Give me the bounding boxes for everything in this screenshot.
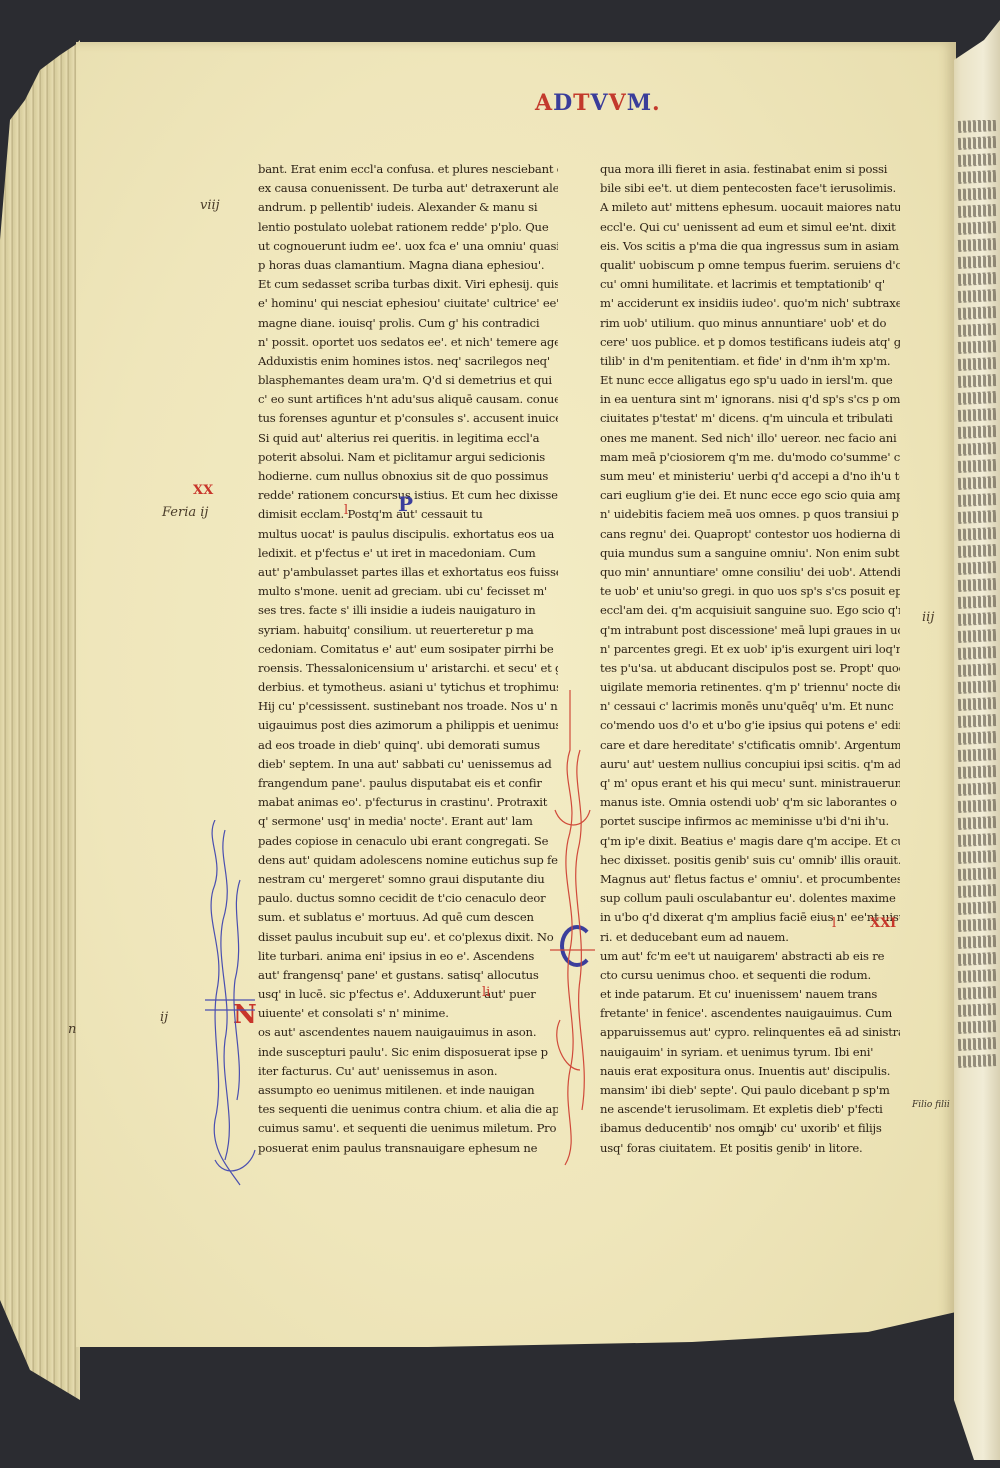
marginal-mark-n: n [68, 1022, 76, 1037]
text-line: hodierne. cum nullus obnoxius sit de quo… [258, 467, 558, 486]
text-line: frangendum pane'. paulus disputabat eis … [258, 774, 558, 793]
text-line: eccl'am dei. q'm acquisiuit sanguine suo… [600, 601, 900, 620]
text-line: tes sequenti die uenimus contra chium. e… [258, 1100, 558, 1119]
text-line: andrum. p pellentib' iudeis. Alexander &… [258, 198, 558, 217]
text-line: mabat animas eo'. p'fecturus in crastinu… [258, 793, 558, 812]
marginal-numeral-viij: viij [200, 198, 220, 213]
decorated-initial-p: P [398, 492, 413, 516]
text-line: eis. Vos scitis a p'ma die qua ingressus… [600, 237, 900, 256]
text-line: ri. et deducebant eum ad nauem. [600, 928, 900, 947]
text-line: poterit absolui. Nam et piclitamur argui… [258, 448, 558, 467]
text-line: blasphemantes deam ura'm. Q'd si demetri… [258, 371, 558, 390]
text-line: aut' p'ambulasset partes illas et exhort… [258, 563, 558, 582]
catchmark: ɔ [758, 1125, 765, 1139]
text-line: fretante' in fenice'. ascendentes nauiga… [600, 1004, 900, 1023]
text-column-right: qua mora illi fieret in asia. festinabat… [600, 160, 900, 1158]
text-line: q' m' opus erant et his qui mecu' sunt. … [600, 774, 900, 793]
text-line: ses tres. facte s' illi insidie a iudeis… [258, 601, 558, 620]
marginal-note-filio: Filio filii [912, 1100, 950, 1110]
text-line: qua mora illi fieret in asia. festinabat… [600, 160, 900, 179]
rubric-mark-li: li [482, 985, 490, 1000]
text-line: A mileto aut' mittens ephesum. uocauit m… [600, 198, 900, 217]
text-column-left: bant. Erat enim eccl'a confusa. et plure… [258, 160, 558, 1158]
marginal-numeral-iij: iij [922, 610, 934, 625]
text-line: portet suscipe infirmos ac meminisse u'b… [600, 812, 900, 831]
text-line: ex causa conuenissent. De turba aut' det… [258, 179, 558, 198]
text-line: nauis erat expositura onus. Inuentis aut… [600, 1062, 900, 1081]
text-line: cedoniam. Comitatus e' aut' eum sosipate… [258, 640, 558, 659]
rubric-mark: l [344, 503, 348, 518]
text-line: lentio postulato uolebat rationem redde'… [258, 218, 558, 237]
page-edges-stack [0, 40, 80, 1400]
text-line: sum. et sublatus e' mortuus. Ad quē cum … [258, 908, 558, 927]
text-line: c' eo sunt artifices h'nt adu'sus aliquē… [258, 390, 558, 409]
text-line: usq' in lucē. sic p'fectus e'. Adduxerun… [258, 985, 558, 1004]
text-line: Magnus aut' fletus factus e' omniu'. et … [600, 870, 900, 889]
text-line: sum meu' et ministeriu' uerbi q'd accepi… [600, 467, 900, 486]
text-line: in ea uentura sint m' ignorans. nisi q'd… [600, 390, 900, 409]
text-line: quia mundus sum a sanguine omniu'. Non e… [600, 544, 900, 563]
text-line: uigilate memoria retinentes. q'm p' trie… [600, 678, 900, 697]
text-line: um aut' fc'm ee't ut nauigarem' abstract… [600, 947, 900, 966]
text-line: usq' foras ciuitatem. Et positis genib' … [600, 1139, 900, 1158]
text-line: ut cognouerunt iudm ee'. uox fca e' una … [258, 237, 558, 256]
text-line: inde suscepturi paulu'. Sic enim disposu… [258, 1043, 558, 1062]
rubric-mark-right: l [832, 916, 836, 931]
text-line: disset paulus incubuit sup eu'. et co'pl… [258, 928, 558, 947]
text-line: Et cum sedasset scriba turbas dixit. Vir… [258, 275, 558, 294]
text-line: multus uocat' is paulus discipulis. exho… [258, 525, 558, 544]
text-line: n' possit. oportet uos sedatos ee'. et n… [258, 333, 558, 352]
text-line: pades copiose in cenaculo ubi erant cong… [258, 832, 558, 851]
text-line: auru' aut' uestem nullius concupiui ipsi… [600, 755, 900, 774]
running-head: ADTVVM. [535, 90, 661, 116]
text-line: ibamus deducentib' nos omnib' cu' uxorib… [600, 1119, 900, 1138]
text-line: tus forenses aguntur et p'consules s'. a… [258, 409, 558, 428]
text-line: dens aut' quidam adolescens nomine eutic… [258, 851, 558, 870]
text-line: uigauimus post dies azimorum a philippis… [258, 716, 558, 735]
text-line: dieb' septem. In una aut' sabbati cu' ue… [258, 755, 558, 774]
text-line: Et nunc ecce alligatus ego sp'u uado in … [600, 371, 900, 390]
text-line: manus iste. Omnia ostendi uob' q'm sic l… [600, 793, 900, 812]
text-line: cari euglium g'ie dei. Et nunc ecce ego … [600, 486, 900, 505]
text-line: p horas duas clamantium. Magna diana eph… [258, 256, 558, 275]
text-line: lite turbari. anima eni' ipsius in eo e'… [258, 947, 558, 966]
text-line: quo min' annuntiare' omne consiliu' dei … [600, 563, 900, 582]
text-line: Si quid aut' alterius rei queritis. in l… [258, 429, 558, 448]
text-line: ne ascende't ierusolimam. Et expletis di… [600, 1100, 900, 1119]
text-line: hec dixisset. positis genib' suis cu' om… [600, 851, 900, 870]
blue-pen-flourish-left [195, 820, 275, 1190]
text-line: q'm intrabunt post discessione' meā lupi… [600, 621, 900, 640]
text-line: multo s'mone. uenit ad greciam. ubi cu' … [258, 582, 558, 601]
text-line: assumpto eo uenimus mitilenen. et inde n… [258, 1081, 558, 1100]
text-line: uiuente' et consolati s' n' minime. [258, 1004, 558, 1023]
text-line: derbius. et tymotheus. asiani u' tytichu… [258, 678, 558, 697]
marginal-feria: Feria ij [162, 505, 208, 520]
text-line: nauigauim' in syriam. et uenimus tyrum. … [600, 1043, 900, 1062]
text-line: apparuissemus aut' cypro. relinquentes e… [600, 1023, 900, 1042]
text-line: qualit' uobiscum p omne tempus fuerim. s… [600, 256, 900, 275]
text-line: cans regnu' dei. Quapropt' contestor uos… [600, 525, 900, 544]
text-line: bant. Erat enim eccl'a confusa. et plure… [258, 160, 558, 179]
text-line: n' parcentes gregi. Et ex uob' ip'is exu… [600, 640, 900, 659]
red-pen-flourish-center [540, 690, 610, 1170]
text-line: eccl'e. Qui cu' uenissent ad eum et simu… [600, 218, 900, 237]
text-line: q'm ip'e dixit. Beatius e' magis dare q'… [600, 832, 900, 851]
text-line: magne diane. iouisq' prolis. Cum g' his … [258, 314, 558, 333]
text-line: iter facturus. Cu' aut' uenissemus in as… [258, 1062, 558, 1081]
text-line: os aut' ascendentes nauem nauigauimus in… [258, 1023, 558, 1042]
text-line: sup collum pauli osculabantur eu'. dolen… [600, 889, 900, 908]
text-line: aut' frangensq' pane' et gustans. satisq… [258, 966, 558, 985]
chapter-number-xx: XX [193, 483, 213, 498]
text-line: n' uidebitis faciem meā uos omnes. p quo… [600, 505, 900, 524]
text-line: co'mendo uos d'o et u'bo g'ie ipsius qui… [600, 716, 900, 735]
text-line: Adduxistis enim homines istos. neq' sacr… [258, 352, 558, 371]
text-line: rim uob' utilium. quo minus annuntiare' … [600, 314, 900, 333]
text-line: cere' uos publice. et p domos testifican… [600, 333, 900, 352]
text-line: ciuitates p'testat' m' dicens. q'm uincu… [600, 409, 900, 428]
text-line: cuimus samu'. et sequenti die uenimus mi… [258, 1119, 558, 1138]
facing-page-text [952, 120, 1000, 1120]
text-line: n' cessaui c' lacrimis monēs unu'quēq' u… [600, 697, 900, 716]
text-line: cto cursu uenimus choo. et sequenti die … [600, 966, 900, 985]
chapter-number-xxi: XXI [870, 916, 896, 931]
text-line: syriam. habuitq' consilium. ut reuertere… [258, 621, 558, 640]
text-line: tilib' in d'm penitentiam. et fide' in d… [600, 352, 900, 371]
text-line: cu' omni humilitate. et lacrimis et temp… [600, 275, 900, 294]
text-line: care et dare hereditate' s'ctificatis om… [600, 736, 900, 755]
text-line: paulo. ductus somno cecidit de t'cio cen… [258, 889, 558, 908]
text-line: et inde patarum. Et cu' inuenissem' naue… [600, 985, 900, 1004]
text-line: ledixit. et p'fectus e' ut iret in maced… [258, 544, 558, 563]
text-line: ad eos troade in dieb' quinq'. ubi demor… [258, 736, 558, 755]
text-line: mansim' ibi dieb' septe'. Qui paulo dice… [600, 1081, 900, 1100]
text-line: tes p'u'sa. ut abducant discipulos post … [600, 659, 900, 678]
text-line: ones me manent. Sed nich' illo' uereor. … [600, 429, 900, 448]
marginal-numeral-ij: ij [160, 1010, 168, 1025]
text-line: q' sermone' usq' in media' nocte'. Erant… [258, 812, 558, 831]
text-line: bile sibi ee't. ut diem pentecosten face… [600, 179, 900, 198]
text-line: e' hominu' qui nesciat ephesiou' ciuitat… [258, 294, 558, 313]
text-line: nestram cu' mergeret' somno graui disput… [258, 870, 558, 889]
text-line: mam meā p'ciosiorem q'm me. du'modo co's… [600, 448, 900, 467]
text-line: roensis. Thessalonicensium u' aristarchi… [258, 659, 558, 678]
text-line: posuerat enim paulus transnauigare ephes… [258, 1139, 558, 1158]
text-line: te uob' et uniu'so gregi. in quo uos sp'… [600, 582, 900, 601]
text-line: in u'bo q'd dixerat q'm amplius faciē ei… [600, 908, 900, 927]
text-line: Hij cu' p'cessissent. sustinebant nos tr… [258, 697, 558, 716]
text-line: m' acciderunt ex insidiis iudeo'. quo'm … [600, 294, 900, 313]
